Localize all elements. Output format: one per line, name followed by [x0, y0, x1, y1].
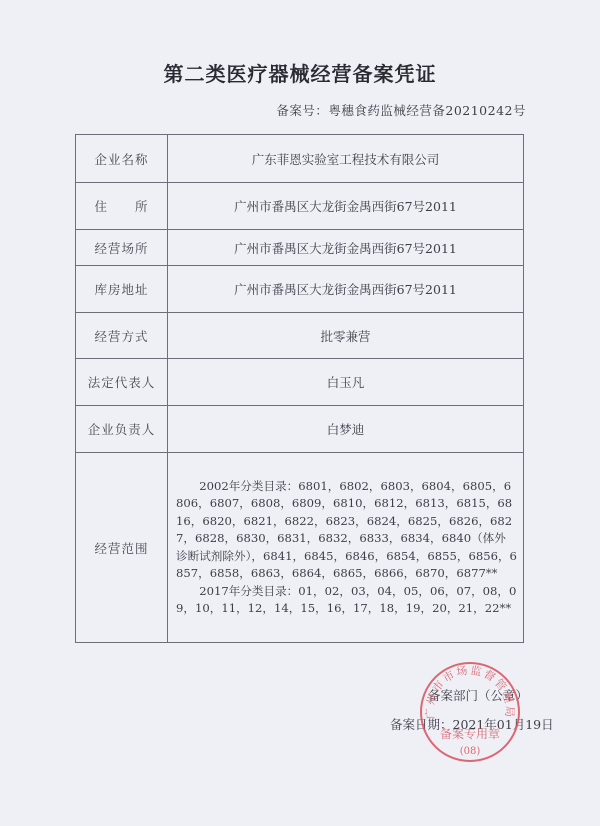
seal-center-text: 备案专用章 — [440, 726, 500, 741]
table-row: 库房地址 广州市番禺区大龙街金禺西街67号2011 — [76, 266, 524, 313]
seal-ring-text: 广州市市场监督管理局 — [423, 663, 517, 720]
scope-catalog-2002: 2002年分类目录：6801，6802，6803，6804，6805，6806，… — [176, 478, 517, 583]
table-row: 住 所 广州市番禺区大龙街金禺西街67号2011 — [76, 183, 524, 230]
label-business-scope: 经营范围 — [76, 453, 168, 643]
official-seal-icon: 广州市市场监督管理局 备案专用章 (08) — [418, 660, 522, 764]
label-warehouse-address: 库房地址 — [76, 266, 168, 313]
record-number: 备案号：粤穗食药监械经营备20210242号 — [276, 101, 526, 119]
label-enterprise-head: 企业负责人 — [76, 406, 168, 453]
label-company-name: 企业名称 — [76, 135, 168, 183]
table-row: 经营方式 批零兼营 — [76, 313, 524, 359]
scope-catalog-2017: 2017年分类目录：01，02，03，04，05，06，07，08，09，10，… — [176, 583, 517, 618]
document-title: 第二类医疗器械经营备案凭证 — [0, 58, 600, 87]
label-business-premises: 经营场所 — [76, 230, 168, 266]
value-company-name: 广东菲恩实验室工程技术有限公司 — [168, 135, 524, 183]
label-legal-representative: 法定代表人 — [76, 359, 168, 406]
table-row: 企业名称 广东菲恩实验室工程技术有限公司 — [76, 135, 524, 183]
table-row: 企业负责人 白梦迪 — [76, 406, 524, 453]
value-domicile: 广州市番禺区大龙街金禺西街67号2011 — [168, 183, 524, 230]
value-business-mode: 批零兼营 — [168, 313, 524, 359]
certificate-page: 第二类医疗器械经营备案凭证 备案号：粤穗食药监械经营备20210242号 企业名… — [0, 0, 600, 826]
value-legal-representative: 白玉凡 — [168, 359, 524, 406]
label-domicile: 住 所 — [76, 183, 168, 230]
label-business-mode: 经营方式 — [76, 313, 168, 359]
seal-code: (08) — [460, 746, 481, 757]
svg-text:广州市市场监督管理局: 广州市市场监督管理局 — [423, 663, 517, 720]
value-warehouse-address: 广州市番禺区大龙街金禺西街67号2011 — [168, 266, 524, 313]
table-row: 经营范围 2002年分类目录：6801，6802，6803，6804，6805，… — [76, 453, 524, 643]
value-business-premises: 广州市番禺区大龙街金禺西街67号2011 — [168, 230, 524, 266]
record-table: 企业名称 广东菲恩实验室工程技术有限公司 住 所 广州市番禺区大龙街金禺西街67… — [75, 134, 524, 643]
table-row: 法定代表人 白玉凡 — [76, 359, 524, 406]
table-row: 经营场所 广州市番禺区大龙街金禺西街67号2011 — [76, 230, 524, 266]
value-enterprise-head: 白梦迪 — [168, 406, 524, 453]
value-business-scope: 2002年分类目录：6801，6802，6803，6804，6805，6806，… — [168, 453, 524, 643]
